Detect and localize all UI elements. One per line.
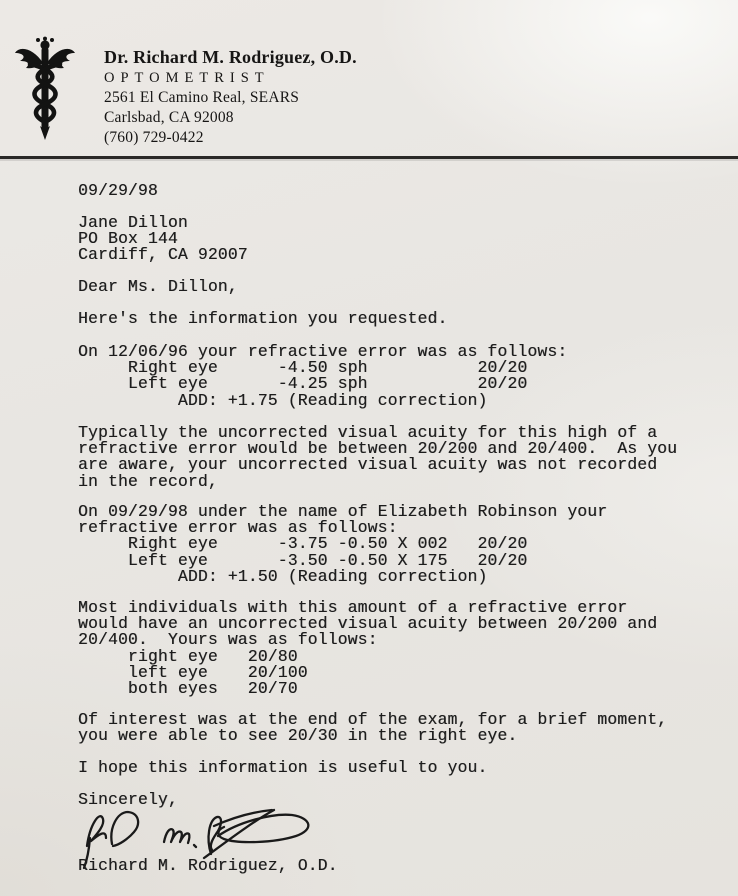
paragraph-of-interest: Of interest was at the end of the exam, … [78, 712, 667, 744]
intro-line: Here's the information you requested. [78, 311, 447, 327]
caduceus-icon [12, 36, 78, 140]
salutation: Dear Ms. Dillon, [78, 279, 238, 295]
phone-number: (760) 729-0422 [104, 128, 357, 148]
header-divider [0, 156, 738, 159]
paragraph-typical: Typically the uncorrected visual acuity … [78, 425, 677, 490]
paragraph-hope: I hope this information is useful to you… [78, 760, 487, 776]
letter-page: Dr. Richard M. Rodriguez, O.D. OPTOMETRI… [0, 0, 738, 896]
recipient-address: Jane Dillon PO Box 144 Cardiff, CA 92007 [78, 215, 248, 264]
signed-name: Richard M. Rodriguez, O.D. [78, 858, 338, 874]
doctor-title: OPTOMETRIST [104, 68, 357, 88]
paragraph-most-individuals: Most individuals with this amount of a r… [78, 600, 657, 697]
exam-1996-block: On 12/06/96 your refractive error was as… [78, 344, 567, 409]
exam-1998-block: On 09/29/98 under the name of Elizabeth … [78, 504, 607, 585]
doctor-name: Dr. Richard M. Rodriguez, O.D. [104, 46, 357, 68]
letter-date: 09/29/98 [78, 183, 158, 199]
city-address: Carlsbad, CA 92008 [104, 108, 357, 128]
street-address: 2561 El Camino Real, SEARS [104, 88, 357, 108]
letterhead: Dr. Richard M. Rodriguez, O.D. OPTOMETRI… [104, 46, 357, 148]
